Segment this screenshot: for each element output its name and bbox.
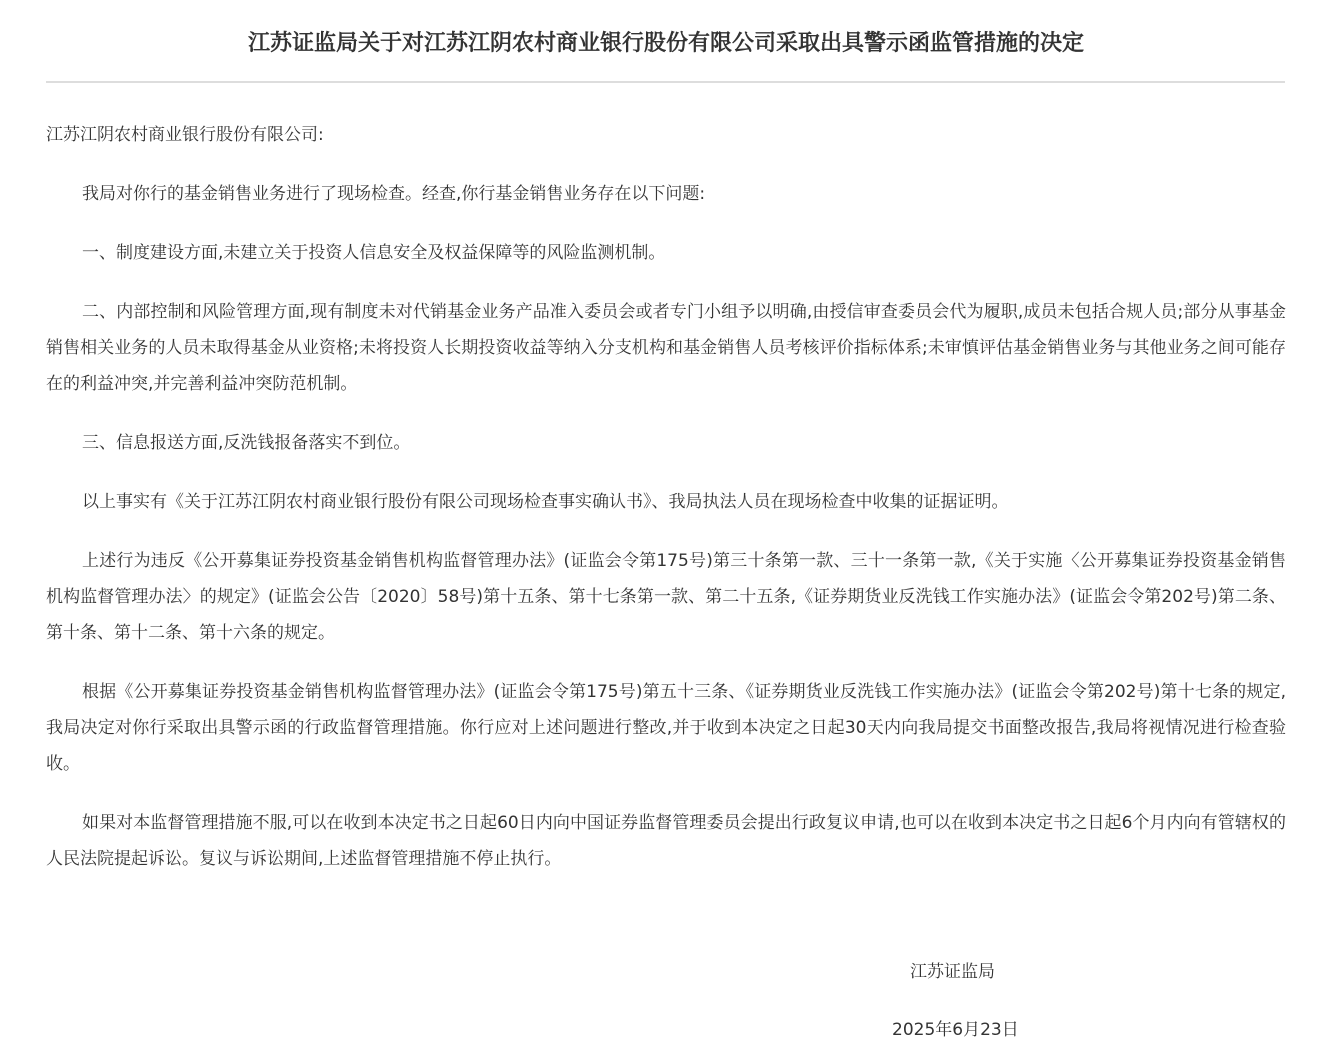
- issue-date: 2025年6月23日: [892, 1016, 1019, 1044]
- paragraph-violations: 上述行为违反《公开募集证券投资基金销售机构监督管理办法》(证监会令第175号)第…: [46, 543, 1286, 651]
- issuer-signature: 江苏证监局: [910, 958, 995, 986]
- paragraph-issue-2: 二、内部控制和风险管理方面,现有制度未对代销基金业务产品准入委员会或者专门小组予…: [46, 294, 1286, 402]
- paragraph-issue-1: 一、制度建设方面,未建立关于投资人信息安全及权益保障等的风险监测机制。: [46, 235, 1286, 271]
- paragraph-evidence: 以上事实有《关于江苏江阴农村商业银行股份有限公司现场检查事实确认书》、我局执法人…: [46, 484, 1286, 520]
- paragraph-intro: 我局对你行的基金销售业务进行了现场检查。经查,你行基金销售业务存在以下问题:: [46, 176, 1286, 212]
- salutation: 江苏江阴农村商业银行股份有限公司:: [46, 117, 1286, 153]
- document-page: 江苏证监局关于对江苏江阴农村商业银行股份有限公司采取出具警示函监管措施的决定 江…: [0, 0, 1340, 1060]
- paragraph-issue-3: 三、信息报送方面,反洗钱报备落实不到位。: [46, 425, 1286, 461]
- page-title: 江苏证监局关于对江苏江阴农村商业银行股份有限公司采取出具警示函监管措施的决定: [0, 27, 1332, 61]
- title-divider: [46, 81, 1285, 83]
- paragraph-decision: 根据《公开募集证券投资基金销售机构监督管理办法》(证监会令第175号)第五十三条…: [46, 674, 1286, 782]
- document-body: 江苏江阴农村商业银行股份有限公司: 我局对你行的基金销售业务进行了现场检查。经查…: [46, 117, 1286, 900]
- paragraph-appeal: 如果对本监督管理措施不服,可以在收到本决定书之日起60日内向中国证券监督管理委员…: [46, 805, 1286, 877]
